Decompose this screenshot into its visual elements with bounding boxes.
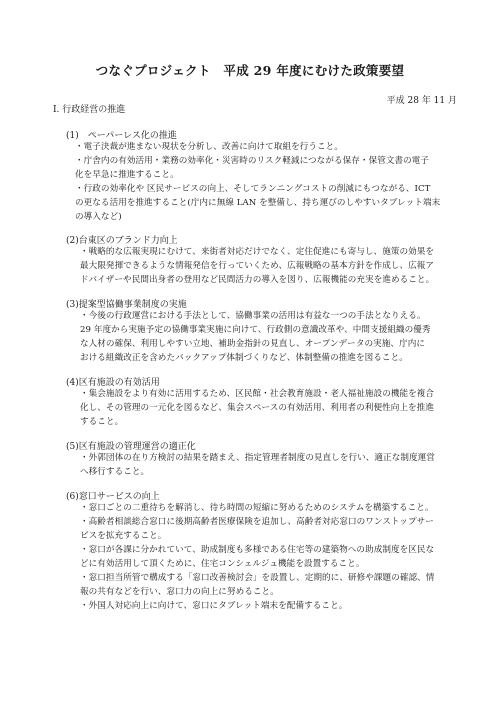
section-4-line: ・集会施設をより有効に活用するため、区民館・社会教育施設・老人福祉施設の機能を複… xyxy=(80,389,434,400)
section-6-line: ・外国人対応向上に向けて、窓口にタブレット端末を配備すること。 xyxy=(80,601,347,612)
section-3-line: 29 年度から実施予定の協働事業実施に向けて、行政側の意識改革や、中間支援組織の… xyxy=(80,325,431,336)
section-2-line: ドバイザーや民間出身者の登用など民間活力の導入を図り、広報機能の充実を進めること… xyxy=(80,275,434,286)
section-6-line: ・窓口ごとの二重待ちを解消し、待ち時間の短縮に努めるためのシステムを構築すること… xyxy=(80,503,434,514)
section-6-line: ・窓口が各課に分かれていて、助成制度も多様である住宅等の建築物への助成制度を区民… xyxy=(80,545,434,556)
section-5-line: ・外郭団体の在り方検討の結果を踏まえ、指定管理者制度の見直しを行い、適正な制度運… xyxy=(80,453,435,464)
section-1-line: の導入など) xyxy=(75,212,122,223)
section-6-line: ・高齢者相談総合窓口に後期高齢者医療保険を追加し、高齢者対応窓口のワンストップサ… xyxy=(80,517,434,528)
section-1-line: 化を早急に推進すること。 xyxy=(75,170,179,181)
section-heading-4: (4)区有施設の有効活用 xyxy=(66,375,160,388)
section-1-line: ・庁舎内の有効活用・業務の効率化・災害時のリスク軽減につながる保存・保管文書の電… xyxy=(75,156,429,167)
section-heading-3: (3)提案型協働事業制度の実施 xyxy=(66,297,187,310)
document-date: 平成 28 年 11 月 xyxy=(387,93,457,106)
section-5-line: へ移行すること。 xyxy=(80,467,149,478)
section-2-line: 最大限発揮できるような情報発信を行っていくため、広報戦略の基本方針を作成し、広報… xyxy=(80,261,434,272)
section-heading-1: (1) ペーパーレス化の推進 xyxy=(66,128,177,141)
section-6-line: どに有効活用して頂くために、住宅コンシェルジュ機能を設置すること。 xyxy=(80,559,364,570)
section-6-line: ・窓口担当所管で構成する「窓口改善検討会」を設置し、定期的に、研修や課題の確認、… xyxy=(80,573,434,584)
chapter-heading: Ⅰ. 行政経営の推進 xyxy=(53,102,125,115)
section-3-line: な人材の確保、利用しやすい立地、補助金指針の見直し、オープンデータの実施、庁内に xyxy=(80,339,425,350)
section-heading-5: (5)区有施設の管理運営の適正化 xyxy=(66,439,196,452)
section-1-line: の更なる活用を推進すること(庁内に無線 LAN を整備し、持ち運びのしやすいタブ… xyxy=(75,198,440,209)
section-6-line: 報の共有などを行い、窓口力の向上に努めること。 xyxy=(80,587,279,598)
section-4-line: すること。 xyxy=(80,417,123,428)
section-3-line: おける組織改正を含めたバックアップ体制づくりなど、体制整備の推進を図ること。 xyxy=(80,353,408,364)
section-6-line: ビスを拡充すること。 xyxy=(80,531,166,542)
document-title: つなぐプロジェクト 平成 29 年度にむけた政策要望 xyxy=(0,61,500,79)
section-1-line: ・電子決裁が進まない現状を分析し、改善に向けて取組を行うこと。 xyxy=(75,142,343,153)
section-heading-2: (2)台東区のブランド力向上 xyxy=(66,233,178,246)
section-1-line: ・行政の効率化や 区民サービスの向上、そしてランニングコストの削減にもつながる、… xyxy=(75,184,430,195)
section-2-line: ・戦略的な広報実現にむけて、来街者対応だけでなく、定住促進にも寄与し、施策の効果… xyxy=(80,247,434,258)
section-heading-6: (6)窓口サービスの向上 xyxy=(66,489,160,502)
section-3-line: ・今後の行政運営における手法として、協働事業の活用は有益な一つの手法となりえる。 xyxy=(80,311,426,322)
document-page: つなぐプロジェクト 平成 29 年度にむけた政策要望 平成 28 年 11 月 … xyxy=(0,0,500,707)
section-4-line: 化し、その管理の一元化を図るなど、集会スペースの有効活用、利用者の利便性向上を推… xyxy=(80,403,434,414)
